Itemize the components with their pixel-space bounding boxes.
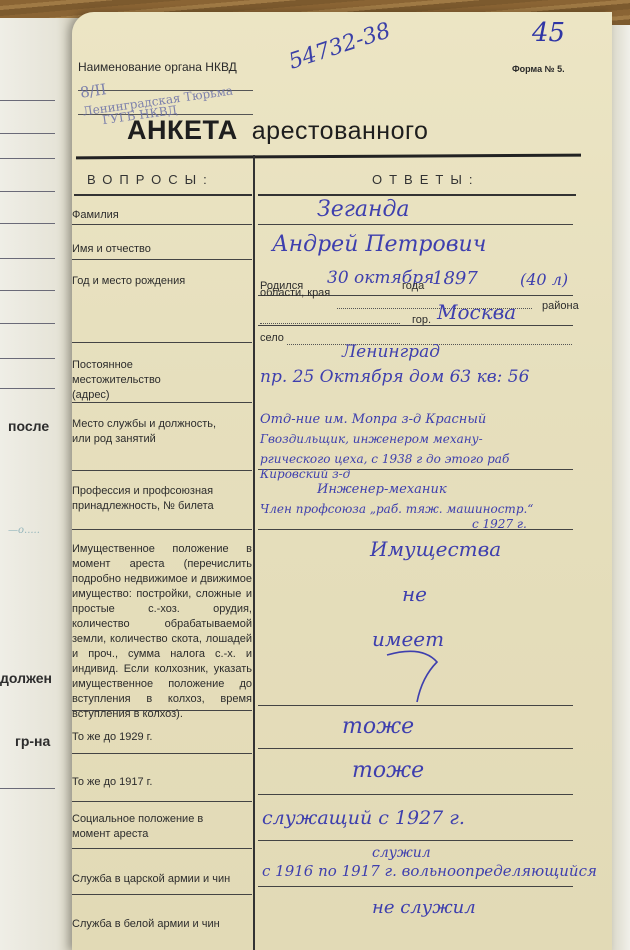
row-rule xyxy=(258,529,573,530)
village-label: село xyxy=(260,332,284,344)
left-page: после должен гр-на xyxy=(0,18,80,950)
left-page-rule xyxy=(0,223,55,224)
answer-property-line2: не xyxy=(402,582,427,606)
questionnaire-page: Наименование органа НКВД 8/II Ленинградс… xyxy=(72,12,612,950)
question-workplace: Место службы и должность, или род заняти… xyxy=(72,417,222,447)
question-profession: Профессия и профсоюзная принадлежность, … xyxy=(72,484,250,514)
organ-label: Наименование органа НКВД xyxy=(78,60,237,74)
question-social-status: Социальное положение в момент ареста xyxy=(72,812,222,842)
birth-year: 1897 xyxy=(432,268,478,289)
header-rule xyxy=(258,194,576,196)
answer-property-1917: тоже xyxy=(352,758,424,783)
question-address: Постоянное местожительство (адрес) xyxy=(72,358,182,403)
stamp-number: 8/II xyxy=(79,80,108,102)
answer-workplace-line2: Гвоздильщик, инженером механу- xyxy=(260,432,483,446)
answer-property-line1: Имущества xyxy=(370,537,501,561)
left-page-word: должен xyxy=(0,670,52,686)
birth-city: Москва xyxy=(437,300,516,324)
left-page-rule xyxy=(0,290,55,291)
answers-header: ОТВЕТЫ: xyxy=(372,172,479,187)
page-title: АНКЕТАарестованного xyxy=(127,115,428,146)
row-rule xyxy=(72,402,252,403)
question-name-patronymic: Имя и отчество xyxy=(72,242,252,257)
answer-address-city: Ленинград xyxy=(342,342,440,362)
question-property-1929: То же до 1929 г. xyxy=(72,730,252,745)
answer-social-status: служащий с 1927 г. xyxy=(262,807,465,829)
form-number: Форма № 5. xyxy=(512,64,565,74)
question-tsarist-army: Служба в царской армии и чин xyxy=(72,872,252,887)
left-page-word: гр-на xyxy=(15,733,50,749)
left-page-rule xyxy=(0,158,55,159)
left-page-rule xyxy=(0,191,55,192)
page-number: 45 xyxy=(532,18,565,48)
left-page-rule xyxy=(0,100,55,101)
answer-workplace-line4: Кировский з-д xyxy=(260,467,350,481)
question-white-army: Служба в белой армии и чин xyxy=(72,917,252,932)
left-page-rule xyxy=(0,323,55,324)
row-rule xyxy=(72,801,252,802)
left-page-rule xyxy=(0,133,55,134)
left-page-rule xyxy=(0,788,55,789)
title-bold: АНКЕТА xyxy=(127,115,238,145)
answer-tsarist-detail: с 1916 по 1917 г. вольноопределяющийся xyxy=(262,862,597,880)
row-rule xyxy=(258,325,573,326)
year-label: года xyxy=(402,280,424,292)
row-rule xyxy=(72,848,252,849)
question-property-1917: То же до 1917 г. xyxy=(72,775,252,790)
left-page-rule xyxy=(0,258,55,259)
row-rule xyxy=(72,259,252,260)
answer-property-1929: тоже xyxy=(342,714,414,739)
left-page-rule xyxy=(0,358,55,359)
table-top-rule xyxy=(76,154,581,160)
row-rule xyxy=(258,840,573,841)
handwritten-flourish xyxy=(382,647,452,707)
age: (40 л) xyxy=(520,270,568,289)
city-field-line xyxy=(260,323,400,324)
answer-workplace-line1: Отд-ние им. Мопра з-д Красный xyxy=(260,412,486,427)
answer-name-patronymic: Андрей Петрович xyxy=(272,232,486,257)
question-surname: Фамилия xyxy=(72,208,252,223)
row-rule xyxy=(258,748,573,749)
row-rule xyxy=(258,794,573,795)
answer-address-street: пр. 25 Октября дом 63 кв: 56 xyxy=(260,367,529,387)
column-divider xyxy=(253,155,255,950)
question-birth: Год и место рождения xyxy=(72,274,252,289)
question-property: Имущественное положение в момент ареста … xyxy=(72,542,252,722)
answer-tsarist-served: служил xyxy=(372,845,431,861)
row-rule xyxy=(72,342,252,343)
faint-handwriting: —о..... xyxy=(8,525,40,536)
answer-white-army: не служил xyxy=(372,897,476,918)
left-page-word: после xyxy=(8,418,49,434)
row-rule xyxy=(258,705,573,706)
row-rule xyxy=(72,529,252,530)
row-rule xyxy=(72,894,252,895)
row-rule xyxy=(72,753,252,754)
answer-profession: Инженер-механик xyxy=(317,482,447,497)
raion-label: района xyxy=(542,300,579,312)
inventory-number: 54732-38 xyxy=(286,18,394,74)
oblast-label: области, края xyxy=(260,287,330,299)
questions-header: ВОПРОСЫ: xyxy=(87,172,214,187)
answer-union: Член профсоюза „раб. тяж. машиностр.“ xyxy=(260,502,533,516)
title-rest: арестованного xyxy=(252,117,429,145)
answer-surname: Зеганда xyxy=(317,197,410,222)
row-rule xyxy=(72,710,252,711)
page-edge xyxy=(610,25,630,950)
row-rule xyxy=(72,224,252,225)
row-rule xyxy=(258,886,573,887)
answer-workplace-line3: ргического цеха, с 1938 г до этого раб xyxy=(260,452,509,466)
header-rule xyxy=(74,194,252,196)
row-rule xyxy=(72,470,252,471)
left-page-rule xyxy=(0,388,55,389)
row-rule xyxy=(258,224,573,225)
